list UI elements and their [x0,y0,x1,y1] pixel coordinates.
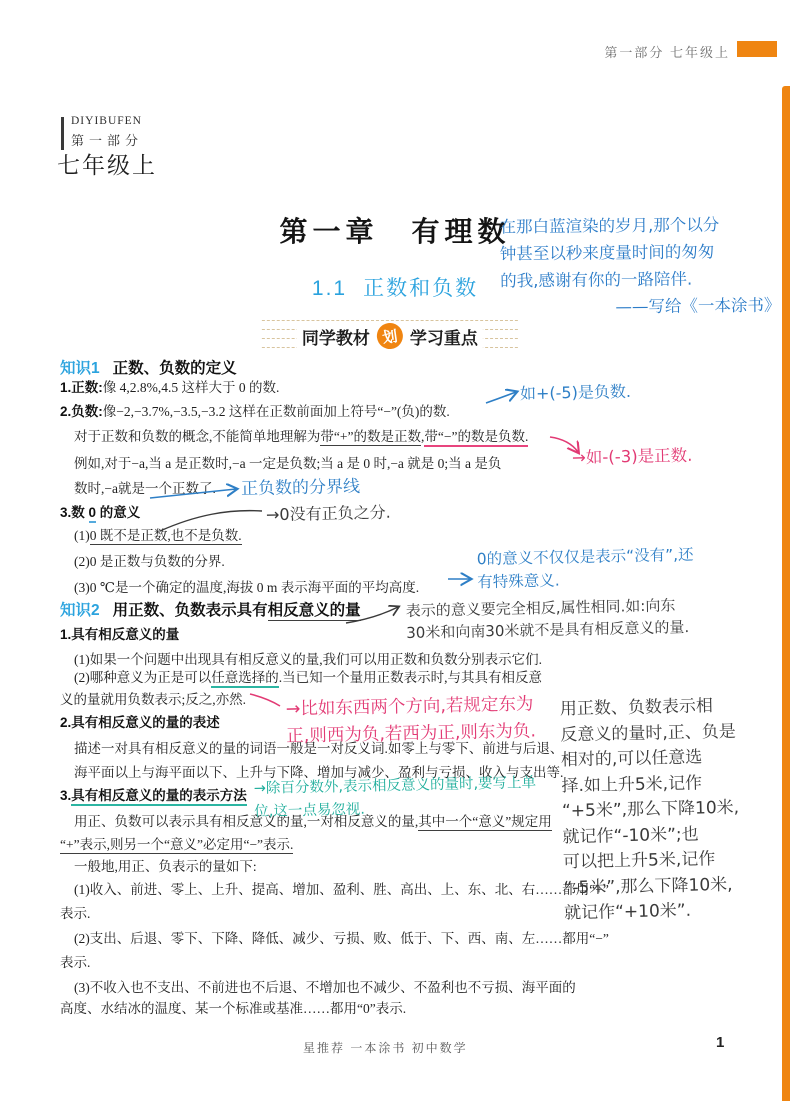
note-zero-meaning: 0的意义不仅仅是表示“没有”,还 有特殊意义. [477,544,695,595]
body-line: 表示. [60,953,90,973]
note-opposite-attribute: 表示的意义要完全相反,属性相同.如:向东 30米和向南30米就不是具有相反意义的… [406,594,690,644]
banner: 同学教材 划 学习重点 [262,317,518,355]
note-unit-reminder: →除百分数外,表示相反意义的量时,要写上单 位,这一点易忽视. [254,772,537,824]
body-line: 1.具有相反意义的量 [60,625,179,645]
body-line: 2.负数:像−2,−3.7%,−3.5,−3.2 这样在正数前面加上符号“−”(… [60,402,450,422]
part-pinyin: DIYIBUFEN [71,115,142,127]
knowledge2-heading: 知识2用正数、负数表示具有相反意义的量 [60,598,361,620]
knowledge2-badge: 知识2 [60,602,100,619]
handwritten-dedication: 在那白蓝渲染的岁月,那个以分 钟甚至以秒来度量时间的匆匆 的我,感谢有你的一路陪… [499,210,790,321]
body-line: 2.具有相反意义的量的表述 [60,713,220,733]
body-line: (2)支出、后退、零下、下降、降低、减少、亏损、败、低于、下、西、南、左……都用… [74,929,609,949]
body-line: (1)如果一个问题中出现具有相反意义的量,我们可以用正数和负数分别表示它们. [74,650,542,670]
header-orange-tab [737,41,777,57]
textbook-page: 第一部分 七年级上 DIYIBUFEN 第一部分 七年级上 第一章 有理数 1.… [0,0,790,1101]
body-line: (3)不收入也不支出、不前进也不后退、不增加也不减少、不盈利也不亏损、海平面的 [74,978,576,998]
footer-imprint: 星推荐 一本涂书 初中数学 [303,1039,468,1056]
body-line: 数时,−a就是一个正数了. [74,479,216,499]
section-number: 1.1 [312,277,347,300]
body-line: 3.数 0 的意义 [60,503,140,523]
body-line: (3)0 ℃是一个确定的温度,海拔 0 m 表示海平面的平均高度. [74,578,419,598]
note-boundary: 正负数的分界线 [241,472,360,499]
banner-right-text: 学习重点 [410,324,478,349]
body-line: (1)收入、前进、零上、上升、提高、增加、盈利、胜、高出、上、东、北、右……都用… [74,880,609,900]
banner-left-text: 同学教材 [302,324,370,349]
body-line: (2)哪种意义为正是可以任意选择的.当已知一个量用正数表示时,与其具有相反意 [74,668,542,688]
body-line: (1)0 既不是正数,也不是负数. [74,526,242,546]
note-negative-example: 如+(-5)是负数. [520,379,631,404]
knowledge1-badge: 知识1 [60,360,100,377]
body-line: 表示. [60,904,90,924]
part-divider-bar [61,117,64,150]
body-line: 对于正数和负数的概念,不能简单地理解为带“+”的数是正数,带“−”的数是负数. [74,427,528,447]
header-breadcrumb: 第一部分 七年级上 [604,42,730,61]
knowledge1-heading: 知识1正数、负数的定义 [60,356,237,378]
body-line: 一般地,用正、负表示的量如下: [74,857,257,877]
body-line: 1.正数:像 4,2.8%,4.5 这样大于 0 的数. [60,378,279,398]
body-line: 3.具有相反意义的量的表示方法 [60,786,247,806]
body-line: “+”表示,则另一个“意义”必定用“−”表示. [60,835,293,855]
note-positive-example: →如-(-3)是正数. [572,442,693,469]
margin-note-relative-sign: 用正数、负数表示相 反意义的量时,正、负是 相对的,可以任意选 择.如上升5米,… [560,693,790,927]
part-grade: 七年级上 [57,147,157,180]
section-name: 正数和负数 [363,277,478,300]
body-line: 高度、水结冰的温度、某一个标准或基准……都用“0”表示. [60,999,406,1019]
body-line: 例如,对于−a,当 a 是正数时,−a 一定是负数;当 a 是 0 时,−a 就… [74,454,501,474]
note-zero-sign: →0没有正负之分. [266,500,391,526]
page-number: 1 [716,1034,724,1051]
note-east-west: →比如东西两个方向,若规定东为 正,则西为负,若西为正,则东为负. [285,691,536,750]
body-line: (2)0 是正数与负数的分界. [74,552,225,572]
highlight-badge-icon: 划 [375,321,404,350]
body-line: 义的量就用负数表示;反之,亦然. [60,690,246,710]
